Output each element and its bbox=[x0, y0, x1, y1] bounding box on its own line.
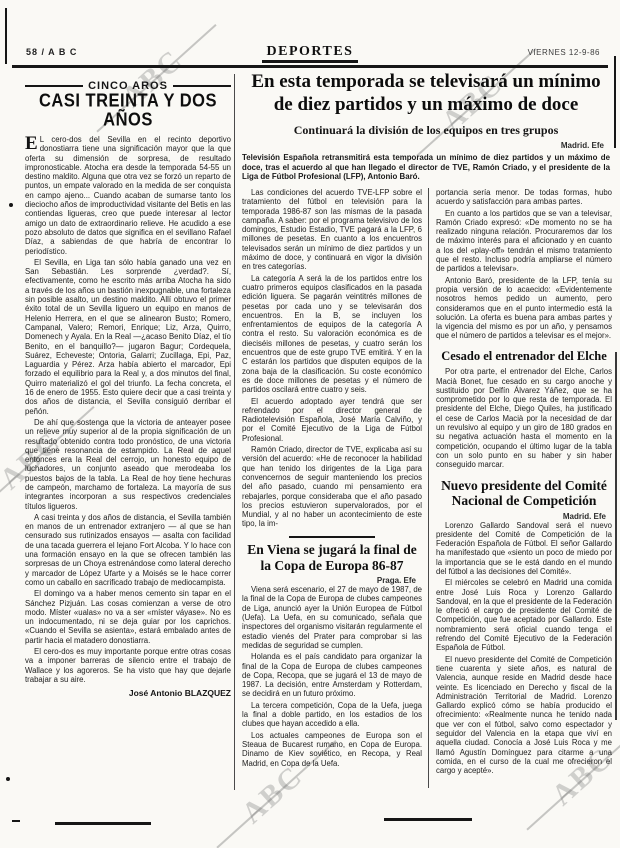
lead-paragraph: Televisión Española retransmitirá esta t… bbox=[242, 153, 610, 182]
scan-mark bbox=[9, 203, 13, 207]
scan-mark bbox=[5, 8, 7, 64]
elche-headline: Cesado el entrenador del Elche bbox=[436, 349, 612, 365]
story-paragraph: El nuevo presidente del Comité de Compet… bbox=[436, 655, 612, 776]
column-divider bbox=[428, 188, 429, 788]
kicker-rule-right bbox=[173, 85, 231, 88]
column-divider bbox=[234, 74, 235, 790]
opinion-paragraph: El domingo va a haber menos cemento sin … bbox=[25, 589, 231, 645]
masthead-rule bbox=[12, 65, 608, 68]
scan-mark bbox=[384, 818, 472, 821]
story-paragraph: Lorenzo Gallardo Sandoval será el nuevo … bbox=[436, 521, 612, 577]
opinion-column: CINCO AROS CASI TREINTA Y DOS AÑOS EL ce… bbox=[25, 74, 231, 796]
dateline: Madrid. Efe bbox=[242, 141, 610, 150]
lead-headline: En esta temporada se televisará un mínim… bbox=[242, 70, 610, 116]
opinion-paragraph: El Sevilla, en Liga tan sólo había ganad… bbox=[25, 258, 231, 416]
section-rule bbox=[289, 536, 375, 539]
opinion-paragraph: De ahí que sostenga que la victoria de a… bbox=[25, 418, 231, 511]
opinion-paragraph: El cero-dos es muy importante porque ent… bbox=[25, 647, 231, 684]
dateline: Madrid. Efe bbox=[436, 512, 612, 521]
opinion-headline: CASI TREINTA Y DOS AÑOS bbox=[25, 92, 231, 130]
story-paragraph: Los actuales campeones de Europa son el … bbox=[242, 731, 422, 768]
story-paragraph: El miércoles se celebró en Madrid una co… bbox=[436, 578, 612, 652]
story-paragraph: Antonio Baró, presidente de la LFP, tení… bbox=[436, 276, 612, 341]
viena-headline: En Viena se jugará la final de la Copa d… bbox=[242, 542, 422, 573]
newspaper-page: ABC ABC ABC ABC ABC 58 / A B C DEPORTES … bbox=[0, 0, 620, 848]
byline: José Antonio BLAZQUEZ bbox=[25, 688, 231, 698]
lead-story-header: En esta temporada se televisará un mínim… bbox=[242, 70, 610, 190]
opinion-paragraph: EL cero-dos del Sevilla en el recinto de… bbox=[25, 135, 231, 256]
drop-cap: E bbox=[25, 135, 40, 152]
story-paragraph: La tercera competición, Copa de la Uefa,… bbox=[242, 701, 422, 729]
story-paragraph: Las condiciones del acuerdo TVE-LFP sobr… bbox=[242, 188, 422, 272]
story-paragraph: Viena será escenario, el 27 de mayo de 1… bbox=[242, 585, 422, 650]
story-paragraph: La categoría A será la de los partidos e… bbox=[242, 274, 422, 395]
story-paragraph: Ramón Criado, director de TVE, explicaba… bbox=[242, 445, 422, 529]
scan-mark bbox=[12, 820, 20, 822]
scan-mark bbox=[615, 352, 617, 720]
dateline: Praga. Efe bbox=[242, 576, 422, 585]
opinion-paragraph: A casi treinta y dos años de distancia, … bbox=[25, 513, 231, 587]
issue-date: VIERNES 12-9-86 bbox=[528, 48, 600, 57]
section-title: DEPORTES bbox=[14, 44, 606, 60]
scan-mark bbox=[614, 56, 616, 148]
story-paragraph: portancia sería menor. De todas formas, … bbox=[436, 188, 612, 207]
section-underline bbox=[262, 60, 358, 63]
lead-subhead: Continuará la división de los equipos en… bbox=[242, 123, 610, 138]
right-column: portancia sería menor. De todas formas, … bbox=[436, 188, 612, 790]
center-column: Las condiciones del acuerdo TVE-LFP sobr… bbox=[242, 188, 422, 790]
story-paragraph: Por otra parte, el entrenador del Elche,… bbox=[436, 367, 612, 469]
story-paragraph: El acuerdo adoptado ayer tendrá que ser … bbox=[242, 397, 422, 443]
story-paragraph: Holanda es el país candidato para organi… bbox=[242, 652, 422, 698]
scan-mark bbox=[6, 777, 10, 781]
comite-headline: Nuevo presidente del Comité Nacional de … bbox=[436, 478, 612, 509]
scan-mark bbox=[55, 822, 151, 825]
story-paragraph: En cuanto a los partidos que se van a te… bbox=[436, 209, 612, 274]
kicker-rule-left bbox=[25, 85, 83, 88]
